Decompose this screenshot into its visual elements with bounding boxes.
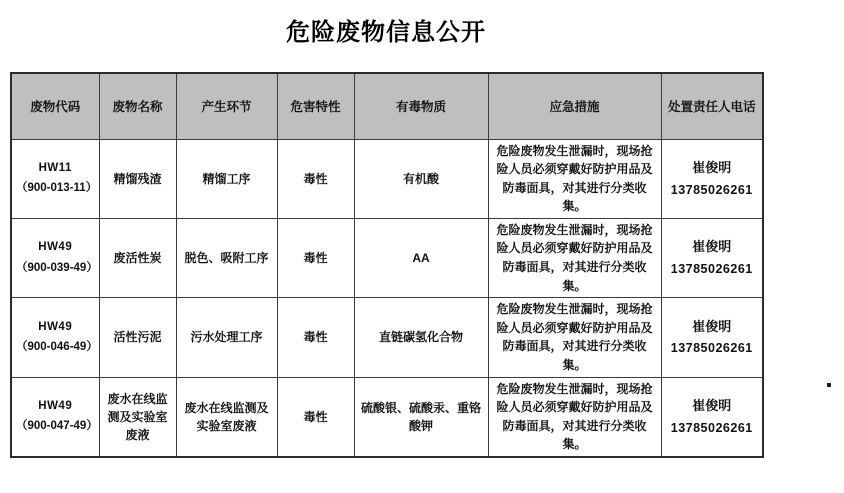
cell-waste-name: 废活性炭 <box>99 218 176 297</box>
cell-emergency: 危险废物发生泄漏时，现场抢险人员必须穿戴好防护用品及防毒面具，对其进行分类收集。 <box>488 218 661 297</box>
table-row: HW49 （900-047-49） 废水在线监测及实验室废液 废水在线监测及实验… <box>11 377 763 457</box>
waste-code-id: HW49 <box>16 319 95 336</box>
header-row: 废物代码 废物名称 产生环节 危害特性 有毒物质 应急措施 处置责任人电话 <box>11 73 763 139</box>
contact-phone: 13785026261 <box>666 419 759 438</box>
cell-waste-code: HW49 （900-046-49） <box>11 298 99 377</box>
cell-hazard: 毒性 <box>277 298 354 377</box>
contact-phone: 13785026261 <box>666 260 759 279</box>
cell-waste-code: HW49 （900-039-49） <box>11 218 99 297</box>
contact-name: 崔俊明 <box>666 158 759 178</box>
cell-waste-name: 废水在线监测及实验室废液 <box>99 377 176 457</box>
cell-process: 脱色、吸附工序 <box>176 218 277 297</box>
cell-waste-code: HW49 （900-047-49） <box>11 377 99 457</box>
table-row: HW49 （900-039-49） 废活性炭 脱色、吸附工序 毒性 AA 危险废… <box>11 218 763 297</box>
waste-code-number: （900-046-49） <box>16 339 95 356</box>
cell-hazard: 毒性 <box>277 218 354 297</box>
contact-phone: 13785026261 <box>666 339 759 358</box>
cell-process: 精馏工序 <box>176 139 277 218</box>
cell-toxic: 有机酸 <box>354 139 488 218</box>
header-process: 产生环节 <box>176 73 277 139</box>
cell-toxic: 直链碳氢化合物 <box>354 298 488 377</box>
cell-toxic: 硫酸银、硫酸汞、重铬酸钾 <box>354 377 488 457</box>
header-contact-phone: 处置责任人电话 <box>661 73 763 139</box>
cell-waste-name: 精馏残渣 <box>99 139 176 218</box>
contact-phone: 13785026261 <box>666 181 759 200</box>
cell-contact: 崔俊明 13785026261 <box>661 139 763 218</box>
cell-process: 污水处理工序 <box>176 298 277 377</box>
cell-hazard: 毒性 <box>277 139 354 218</box>
cell-emergency: 危险废物发生泄漏时，现场抢险人员必须穿戴好防护用品及防毒面具，对其进行分类收集。 <box>488 139 661 218</box>
waste-code-number: （900-013-11） <box>16 180 95 197</box>
header-toxic: 有毒物质 <box>354 73 488 139</box>
contact-name: 崔俊明 <box>666 317 759 337</box>
cell-contact: 崔俊明 13785026261 <box>661 218 763 297</box>
waste-code-id: HW49 <box>16 398 95 415</box>
contact-name: 崔俊明 <box>666 396 759 416</box>
cell-waste-code: HW11 （900-013-11） <box>11 139 99 218</box>
waste-code-id: HW49 <box>16 239 95 256</box>
header-waste-name: 废物名称 <box>99 73 176 139</box>
cell-hazard: 毒性 <box>277 377 354 457</box>
cell-emergency: 危险废物发生泄漏时，现场抢险人员必须穿戴好防护用品及防毒面具，对其进行分类收集。 <box>488 298 661 377</box>
header-waste-code: 废物代码 <box>11 73 99 139</box>
table-row: HW49 （900-046-49） 活性污泥 污水处理工序 毒性 直链碳氢化合物… <box>11 298 763 377</box>
header-hazard: 危害特性 <box>277 73 354 139</box>
stray-mark <box>827 383 831 387</box>
waste-code-number: （900-047-49） <box>16 418 95 435</box>
waste-code-number: （900-039-49） <box>16 260 95 277</box>
cell-toxic: AA <box>354 218 488 297</box>
cell-contact: 崔俊明 13785026261 <box>661 377 763 457</box>
hazardous-waste-table: 废物代码 废物名称 产生环节 危害特性 有毒物质 应急措施 处置责任人电话 HW… <box>10 72 764 458</box>
cell-process: 废水在线监测及实验室废液 <box>176 377 277 457</box>
table-row: HW11 （900-013-11） 精馏残渣 精馏工序 毒性 有机酸 危险废物发… <box>11 139 763 218</box>
cell-emergency: 危险废物发生泄漏时，现场抢险人员必须穿戴好防护用品及防毒面具，对其进行分类收集。 <box>488 377 661 457</box>
page-title: 危险废物信息公开 <box>10 12 762 47</box>
cell-contact: 崔俊明 13785026261 <box>661 298 763 377</box>
cell-waste-name: 活性污泥 <box>99 298 176 377</box>
header-emergency: 应急措施 <box>488 73 661 139</box>
waste-code-id: HW11 <box>16 160 95 177</box>
contact-name: 崔俊明 <box>666 237 759 257</box>
